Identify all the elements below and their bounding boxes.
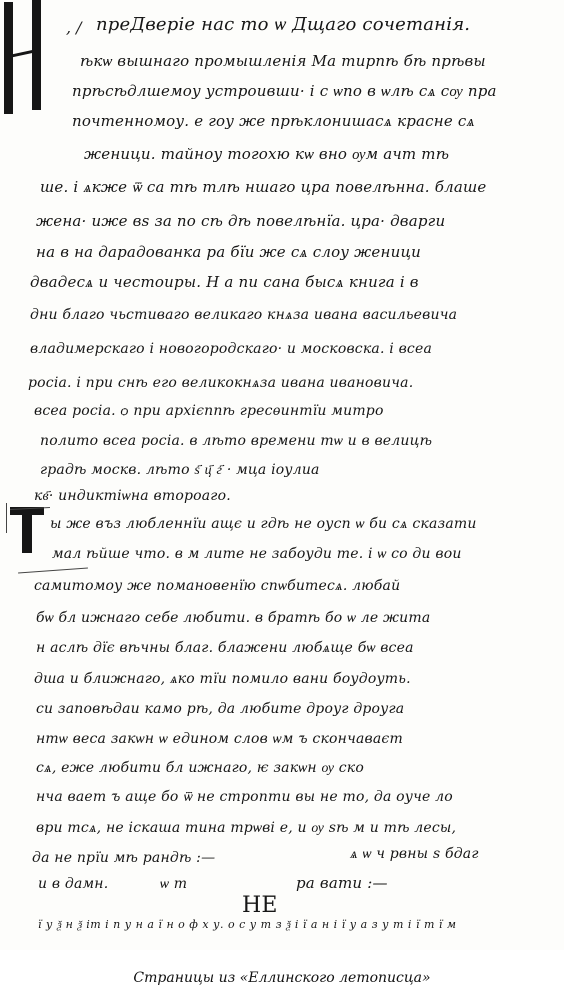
section2-line-4: бѡ бл ижнаго себе любити. в братѣ бо ѡ л… <box>36 610 430 627</box>
dropcap-t-frame <box>6 503 7 533</box>
footer-mid-note: ѡ т <box>160 876 187 893</box>
section1-line-8: двадесѧ и честоиры. Н а пи сана бысѧ кни… <box>30 273 419 292</box>
section2-line-3: самитомоу же помановенїю спѡбитесѧ. люба… <box>34 578 400 595</box>
section1-line-12: всеа росіа. ѻ при архієппѣ гресѳинтїи ми… <box>34 403 384 420</box>
section2-line-8: нтѡ веса закѡн ѡ едином слов ѡм ъ сконча… <box>36 731 403 748</box>
heading-line: преДверіе нас то ѡ Дщаго сочетанія. <box>96 14 470 35</box>
section2-line-11: ври тсѧ, не іскаша тина трѡві е, и ѹ ѕѣ … <box>36 820 456 837</box>
section1-line-15: кв҃· индиктіѡна второаго. <box>34 488 231 505</box>
section1-line-1: ѣкѡ вышнаго промышленія Ма тирпѣ бѣ прѣв… <box>80 52 486 71</box>
section2-line-10: нча вает ъ аще бо ѿ не стропти вы не то,… <box>36 789 453 806</box>
dropcap-t-stem <box>22 507 32 553</box>
footer-last-line: ї у ѯ н ѯ іт і п у н а ї н о ф х у. о с … <box>38 918 457 931</box>
footer-right-note: ра вати :— <box>296 874 388 892</box>
dropcap-n-crossbar <box>12 50 34 58</box>
margin-rule <box>18 568 88 574</box>
footer-left-note: и в дамн. <box>38 876 108 892</box>
section2-line-5: н аслѣ дїє вѣчны благ. блажени любѧще бѡ… <box>36 640 414 657</box>
section2-line-2: мал ѣйше что. в м лите не забоуди те. і … <box>52 546 462 563</box>
dropcap-n-left-stroke <box>4 2 13 114</box>
section1-line-14: градѣ москв. лѣто ѕ҃ ц҃ г҃ · мца іоулиа <box>40 462 320 479</box>
comma-mark: , / <box>66 18 82 37</box>
section1-line-6: жена· иже вѕ за по сѣ дѣ повелѣнїа. цра·… <box>36 212 445 230</box>
section2-line-1: ы же въз любленнїи ащє и гдѣ не оусп ѡ б… <box>50 516 477 533</box>
dropcap-n-letter <box>0 0 44 150</box>
dropcap-n-right-stroke <box>32 0 41 110</box>
section1-line-3: почтенномоу. е гоу же прѣклонишасѧ красн… <box>72 112 475 131</box>
section2-line-13: ѧ ѡ ч рвны ѕ бдаг <box>350 846 479 863</box>
section2-line-6: дша и ближнаго, ѧко тїи помило вани боуд… <box>34 671 411 688</box>
section1-line-4: женици. тайноу тогохю кѡ вно ѹм ачт тѣ <box>84 145 449 164</box>
section2-line-7: си заповѣдаи камо рѣ, да любите дроуг др… <box>36 701 404 717</box>
section1-line-2: прѣсѣдлшемоу устроивши· і с ѡпо в ѡлѣ сѧ… <box>72 82 497 101</box>
section1-line-9: дни благо чьстиваго великаго кнѧза ивана… <box>30 307 457 324</box>
section1-line-5: ше. і ѧкже ѿ са тѣ тлѣ ншаго цра повелѣн… <box>40 178 486 197</box>
section1-line-13: полито всеа росіа. в лѣто времени тѡ и в… <box>40 433 432 450</box>
section1-line-10: владимерскаго і новогородскаго· и москов… <box>30 341 432 357</box>
figure-caption: Страницы из «Еллинского летописца» <box>0 970 564 986</box>
section1-line-11: росіа. і при снѣ его великокнѧза ивана и… <box>28 375 413 392</box>
center-mark: НЕ <box>242 893 278 918</box>
section1-line-7: на в на дарадованка ра бїи же сѧ слоу же… <box>36 243 421 262</box>
manuscript-page: , / преДверіе нас то ѡ Дщаго сочетанія. … <box>0 0 564 950</box>
section2-line-9: сѧ, еже любити бл ижнаго, ѥ закѡн ѹ ско <box>36 760 364 777</box>
dropcap-t-letter <box>8 505 48 557</box>
section2-line-12: да не прїи мѣ рандѣ :— <box>32 850 215 866</box>
